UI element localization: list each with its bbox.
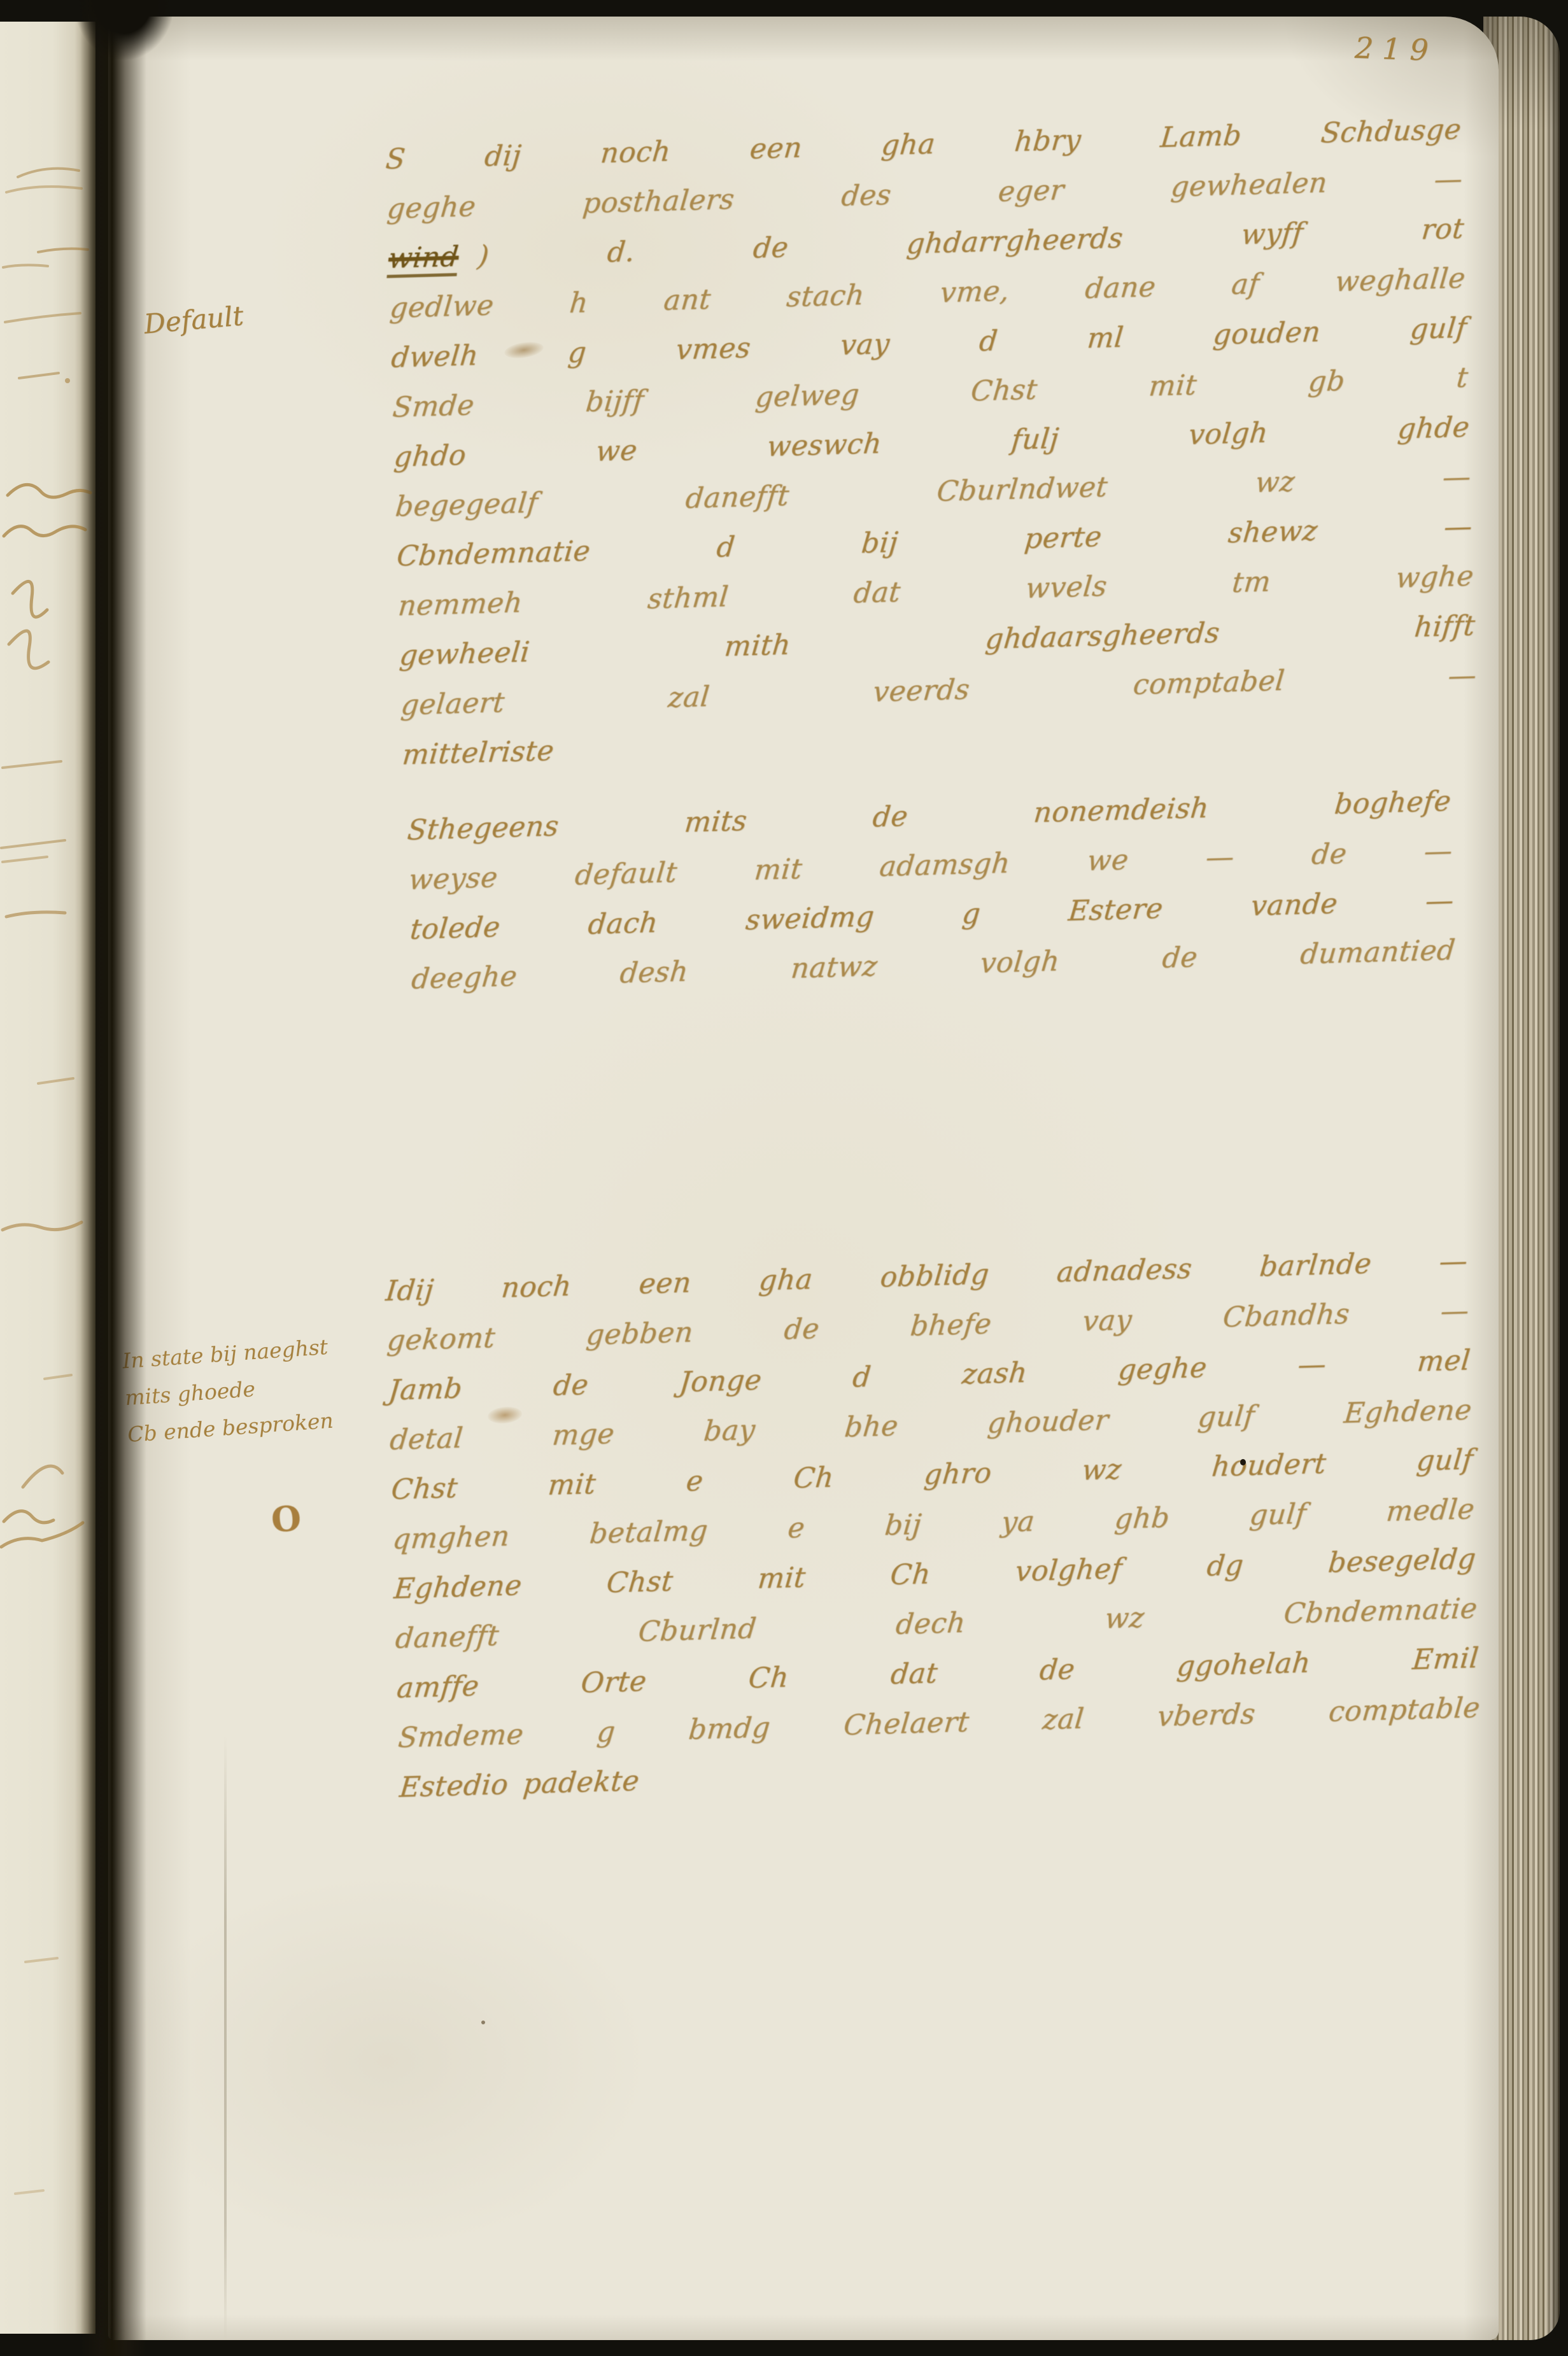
margin-note-default: Default bbox=[143, 300, 244, 339]
manuscript-page: 219 Default S dij noch een gha hbry Lamb… bbox=[108, 17, 1499, 2340]
margin-side-note: In state bij naeghst mits ghoede Cb ende… bbox=[121, 1329, 334, 1453]
ink-speck bbox=[1240, 1459, 1246, 1465]
ink-speck bbox=[481, 2021, 485, 2024]
binding-gutter-shadow bbox=[80, 0, 146, 2356]
entry-block-2: Sthegeens mits de nonemdeish boghefe wey… bbox=[404, 777, 1453, 1005]
binding-gutter-top-shadow bbox=[76, 0, 172, 64]
paper-crease bbox=[224, 1735, 227, 2340]
entry-block-1: S dij noch een gha hbry Lamb Schdusge ge… bbox=[382, 105, 1476, 780]
entry-block-3: Idij noch een gha obblidg adnadess barln… bbox=[382, 1237, 1479, 1813]
margin-o-mark: O bbox=[270, 1497, 302, 1540]
page-number: 219 bbox=[1354, 31, 1438, 67]
struck-out-word: wind bbox=[386, 241, 460, 278]
manuscript-scan: 219 Default S dij noch een gha hbry Lamb… bbox=[0, 0, 1568, 2356]
